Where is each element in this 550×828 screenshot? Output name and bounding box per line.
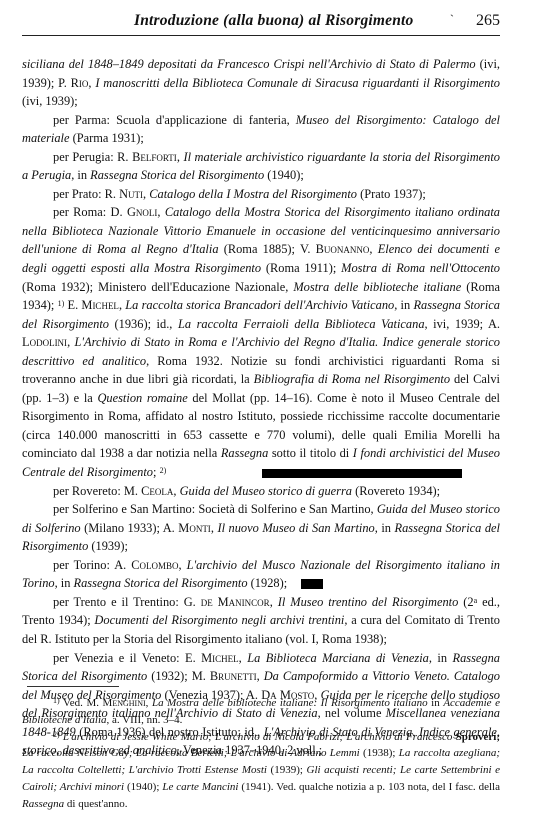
text-span: di quest'anno. [64,798,127,810]
italic-span: Catalogo della I Mostra del Risorgimento [149,187,357,201]
italic-span: Il nuovo Museo di San Martino [217,521,374,535]
header-rule [22,35,500,36]
text-span: (Milano 1933); A. [81,521,179,535]
author-name: Monti [178,521,211,535]
text-span: per Roma: D. [53,205,127,219]
text-span: , [369,242,377,256]
footnote-mark: 1) [53,696,60,705]
text-span: per Parma: Scuola d'applicazione di fant… [53,113,296,127]
italic-span: Le carte Mancini [162,781,238,793]
text-span: per Solferino e San Martino: Società di … [53,502,377,516]
author-name: Gnoli [127,205,157,219]
text-span: (Prato 1937); [357,187,426,201]
author-name: Brunetti [210,669,257,683]
text-span: E. [64,298,81,312]
author-name: Menghini [103,697,146,709]
italic-span: La Mostra delle biblioteche italiane: Il… [152,697,428,709]
redaction-block [262,469,462,478]
author-name: Nuti [119,187,143,201]
footnote-1: 1) Ved. M. Menghini, La Mostra delle bib… [22,695,500,729]
text-span: (1938); [360,747,399,759]
italic-span: La raccolta Nelson Gay; La raccolta Bert… [22,747,360,759]
text-span: , in [429,651,453,665]
paragraph-parma: per Parma: Scuola d'applicazione di fant… [22,111,500,148]
page-number: 265 [476,12,500,30]
italic-span: siciliana del 1848–1849 depositati da Fr… [22,57,476,71]
paragraph-trento: per Trento e il Trentino: G. de Manincor… [22,593,500,649]
text-span: (1936); id., [109,317,178,331]
text-span: (ivi, 1939); [22,94,78,108]
running-title: Introduzione (alla buona) al Risorgiment… [134,12,414,30]
text-span: (Roma 1932); Ministero dell'Educazione N… [22,280,293,294]
text-span: (1940); [264,168,304,182]
paragraph-prato: per Prato: R. Nuti, Catalogo della I Mos… [22,185,500,204]
text-span: , in [71,168,90,182]
italic-span: La Biblioteca Marciana di Venezia [247,651,429,665]
author-name: Rio [71,76,89,90]
italic-span: Rassegna Storica del Risorgimento [74,576,248,590]
author-name: Michel [201,651,239,665]
text-span: per Rovereto: M. [53,484,141,498]
italic-span: I manoscritti della Biblioteca Comunale … [95,76,500,90]
text-span: , [257,669,264,683]
text-span: per Venezia e il Veneto: E. [53,651,201,665]
paragraph-roma: per Roma: D. Gnoli, Catalogo della Mostr… [22,203,500,481]
text-span: (Roma 1885); V. [219,242,316,256]
footnote-2: 2) L'archivio di Jessie White Mario; L'a… [22,729,500,813]
italic-span: La raccolta Ferraioli della Biblioteca V… [178,317,425,331]
text-span: , in [394,298,413,312]
text-span: in [428,697,444,709]
author-name: Colombo [131,558,178,572]
redaction-block [301,579,323,589]
text-span: (1940); [124,781,162,793]
text-span: (Parma 1931); [70,131,144,145]
footnotes: 1) Ved. M. Menghini, La Mostra delle bib… [22,695,500,813]
italic-span: Il Museo trentino del Risorgimento [278,595,459,609]
paragraph-rovereto: per Rovereto: M. Ceola, Guida del Museo … [22,482,500,501]
text-span: (1941). Ved. qualche notizia a p. 103 no… [238,781,500,793]
text-span: sotto il titolo di [268,446,352,460]
author-name: Ceola [141,484,173,498]
text-span: , in [375,521,395,535]
text-span: , [67,335,74,349]
text-span: per Perugia: R. [53,150,132,164]
italic-span: Rassegna Storica del Risorgimento [90,168,264,182]
text-span: , in [55,576,74,590]
stray-mark: ` [450,12,454,27]
running-head: Introduzione (alla buona) al Risorgiment… [22,12,500,34]
text-span: (1932); M. [147,669,210,683]
italic-span: Rassegna [221,446,269,460]
footnote-mark: 2) [53,730,60,739]
italic-span: Guida del Museo storico di guerra [180,484,352,498]
text-span: (2 [458,595,473,609]
italic-span: L'archivio di Jessie White Mario; L'arch… [60,731,456,743]
body-text: siciliana del 1848–1849 depositati da Fr… [22,55,500,760]
book-page: Introduzione (alla buona) al Risorgiment… [0,0,550,828]
author-name: Buonanno [316,242,370,256]
italic-span: Mostra di Roma nell'Ottocento [341,261,500,275]
text-span: , [157,205,164,219]
text-span: , [270,595,278,609]
author-name: de Manincor [201,595,270,609]
author-name: Lodolini [22,335,67,349]
text-span: Ved. M. [60,697,103,709]
italic-span: Rassegna [22,798,64,810]
text-span: (Roma 1911); [261,261,341,275]
paragraph-perugia: per Perugia: R. Belforti, Il materiale a… [22,148,500,185]
paragraph-torino: per Torino: A. Colombo, L'archivio del M… [22,556,500,593]
author-name: Belforti [132,150,177,164]
italic-span: La raccolta storica Brancadori dell'Arch… [125,298,394,312]
paragraph-solferino: per Solferino e San Martino: Società di … [22,500,500,556]
text-span: , [239,651,248,665]
text-span: (1939); [88,539,128,553]
text-span: (1928); [248,576,288,590]
text-span: (1939); [267,764,307,776]
text-span: , [179,558,187,572]
text-span: , a. VIII, nn. 3–4. [107,714,183,726]
text-span: per Trento e il Trentino: G. [53,595,201,609]
author-name: Michel [81,298,119,312]
text-span: per Torino: A. [53,558,131,572]
text-span: (Rovereto 1934); [352,484,440,498]
footnote-ref-2[interactable]: 2) [160,466,167,475]
italic-span: Documenti del Risorgimento negli archivi… [94,613,344,627]
footnote-rule [27,686,119,687]
paragraph-sicilia: siciliana del 1848–1849 depositati da Fr… [22,55,500,111]
text-span: , ivi, 1939; A. [425,317,501,331]
bold-span: Sproveri; [456,731,500,743]
italic-span: Question romaine [97,391,187,405]
italic-span: Bibliografia di Roma nel Risorgimento [254,372,450,386]
italic-span: Mostra delle biblioteche italiane [293,280,461,294]
text-span: per Prato: R. [53,187,119,201]
